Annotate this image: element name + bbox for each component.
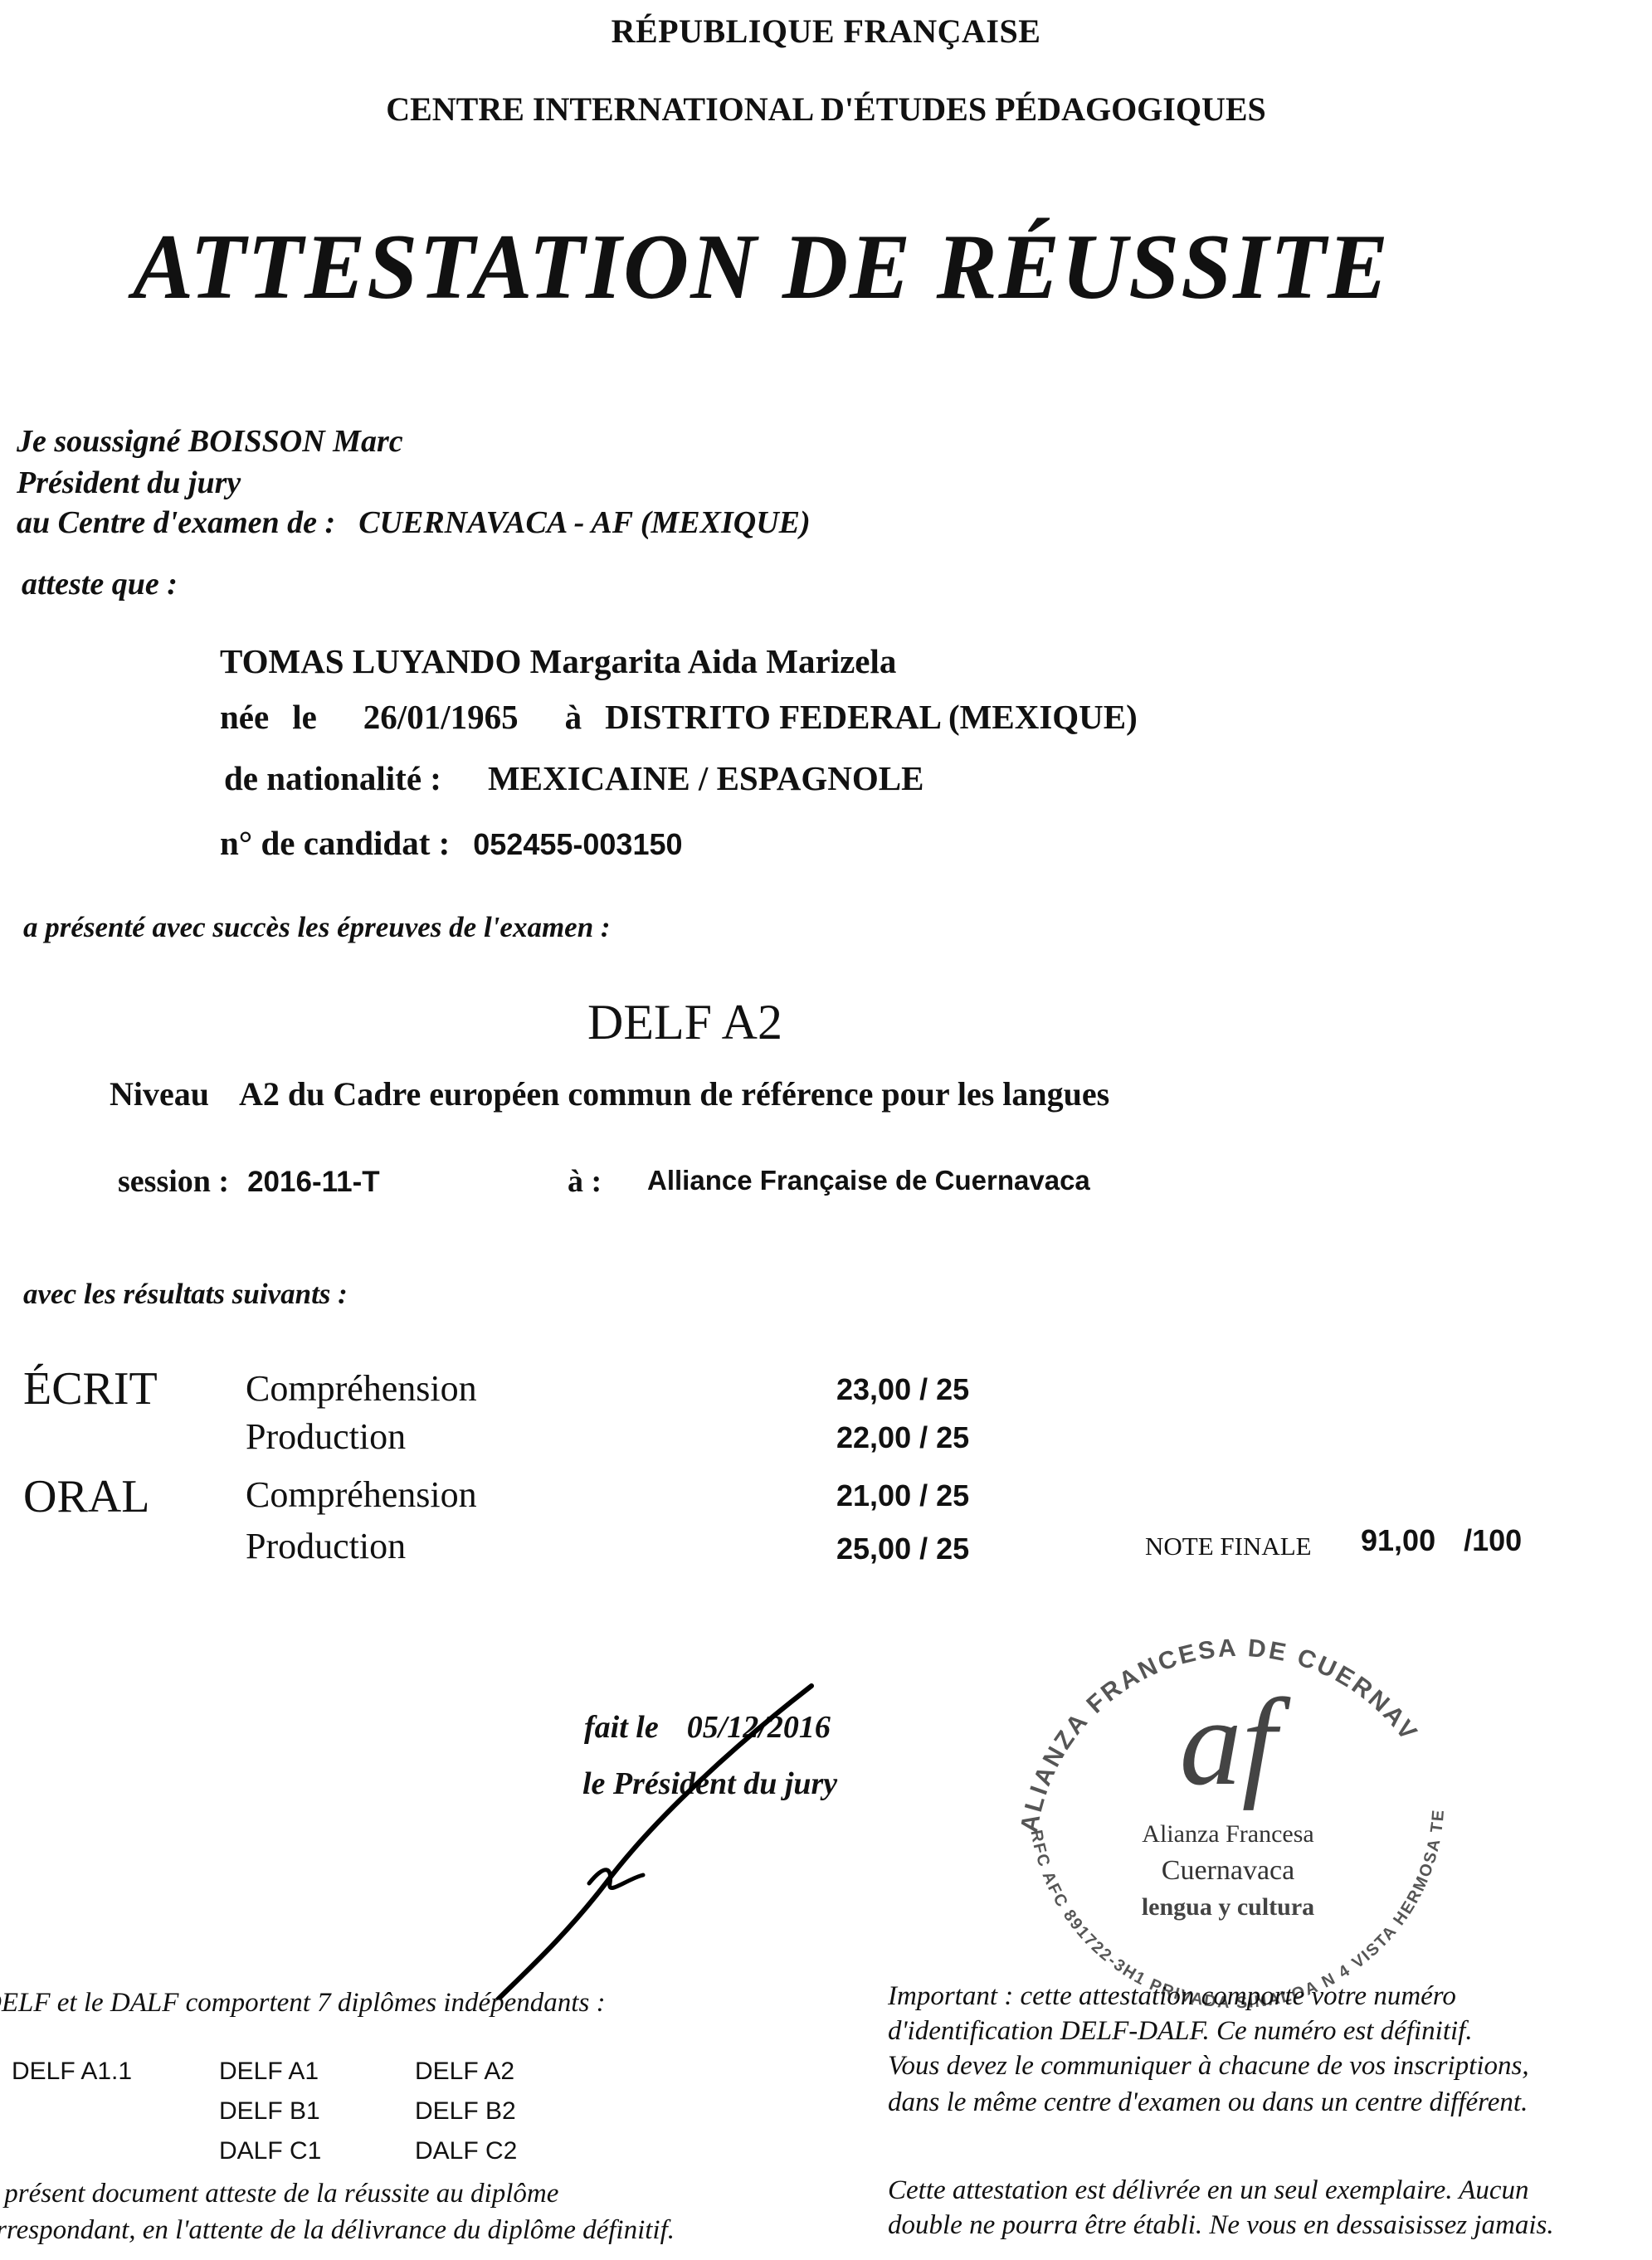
results-label: avec les résultats suivants : xyxy=(23,1278,348,1311)
level-text: A2 du Cadre européen commun de référence… xyxy=(239,1075,1109,1113)
candidate-number: 052455-003150 xyxy=(473,827,682,861)
diploma-item: DELF B2 xyxy=(415,2097,516,2126)
section-oral: ORAL xyxy=(23,1470,149,1523)
done-date: 05/12/2016 xyxy=(687,1710,831,1745)
document-title: ATTESTATION DE RÉUSSITE xyxy=(133,214,1390,321)
score-max: / 25 xyxy=(919,1372,969,1406)
born-label: née xyxy=(220,698,269,736)
document-note-line-2: correspondant, en l'attente de la délivr… xyxy=(0,2215,675,2246)
diploma-item: DELF A1 xyxy=(219,2058,319,2086)
level-label: Niveau xyxy=(110,1075,209,1113)
single-copy-note-line: double ne pourra être établi. Ne vous en… xyxy=(888,2210,1554,2241)
exam-name: DELF A2 xyxy=(0,994,1511,1051)
af-logo-icon: af xyxy=(1180,1673,1291,1811)
important-note-line: dans le même centre d'examen ou dans un … xyxy=(888,2087,1528,2118)
important-note-line: Important : cette attestation comporte v… xyxy=(888,1981,1456,2012)
born-le-label: le xyxy=(292,698,317,736)
final-score: 91,00/100 xyxy=(1361,1523,1522,1558)
birth-place: DISTRITO FEDERAL (MEXIQUE) xyxy=(605,698,1138,736)
candidate-birth: néele26/01/1965àDISTRITO FEDERAL (MEXIQU… xyxy=(220,697,1138,737)
stamp-line-2: Cuernavaca xyxy=(1162,1855,1294,1886)
done-label: fait le xyxy=(584,1710,659,1745)
score-value: 21,00 xyxy=(836,1478,911,1512)
diploma-item: DELF A2 xyxy=(415,2058,514,2086)
session-at-label: à : xyxy=(568,1163,602,1200)
skill-score: 23,00 / 25 xyxy=(836,1372,969,1407)
diplomas-intro: DELF et le DALF comportent 7 diplômes in… xyxy=(0,1988,606,2019)
section-ecrit: ÉCRIT xyxy=(23,1362,158,1415)
candidate-given-names: Margarita Aida Marizela xyxy=(530,642,897,680)
single-copy-note-line: Cette attestation est délivrée en un seu… xyxy=(888,2175,1529,2206)
skill-label: Compréhension xyxy=(246,1367,477,1410)
candidate-surname: TOMAS LUYANDO xyxy=(220,642,521,680)
candidate-number-line: n° de candidat :052455-003150 xyxy=(220,823,683,863)
diploma-item: DALF C1 xyxy=(219,2137,321,2165)
role-line: Président du jury xyxy=(17,465,241,501)
nationality-label: de nationalité : xyxy=(224,759,441,797)
candidate-name: TOMAS LUYANDO Margarita Aida Marizela xyxy=(220,641,896,681)
final-score-value: 91,00 xyxy=(1361,1523,1435,1557)
document-note-line-1: Le présent document atteste de la réussi… xyxy=(0,2179,558,2209)
header-republic: RÉPUBLIQUE FRANÇAISE xyxy=(0,12,1652,51)
skill-score: 21,00 / 25 xyxy=(836,1478,969,1513)
birth-date: 26/01/1965 xyxy=(363,698,519,736)
final-score-max: /100 xyxy=(1464,1523,1522,1557)
candidate-number-label: n° de candidat : xyxy=(220,824,450,862)
diploma-item: DELF A1.1 xyxy=(12,2058,132,2086)
stamp-line-3: lengua y cultura xyxy=(1142,1893,1314,1921)
exam-center-value: CUERNAVACA - AF (MEXIQUE) xyxy=(358,505,810,540)
nationality-value: MEXICAINE / ESPAGNOLE xyxy=(488,759,923,797)
session-location: Alliance Française de Cuernavaca xyxy=(647,1165,1090,1196)
skill-score: 25,00 / 25 xyxy=(836,1532,969,1566)
skill-label: Production xyxy=(246,1415,406,1458)
attests-line: atteste que : xyxy=(22,566,178,602)
important-note-line: Vous devez le communiquer à chacune de v… xyxy=(888,2051,1529,2082)
diploma-item: DALF C2 xyxy=(415,2137,517,2165)
exam-center-label: au Centre d'examen de : xyxy=(17,505,335,540)
president-label: le Président du jury xyxy=(582,1766,837,1802)
signature-icon xyxy=(465,1651,896,1999)
exam-level-line: NiveauA2 du Cadre européen commun de réf… xyxy=(110,1074,1109,1113)
score-value: 25,00 xyxy=(836,1532,911,1566)
presented-line: a présenté avec succès les épreuves de l… xyxy=(23,911,611,944)
exam-session-line: session :2016-11-T à : Alliance Français… xyxy=(118,1163,380,1200)
institution-stamp: ALIANZA FRANCESA DE CUERNAVACA A.C. RFC … xyxy=(979,1560,1477,2024)
score-max: / 25 xyxy=(919,1420,969,1454)
score-value: 22,00 xyxy=(836,1420,911,1454)
session-label: session : xyxy=(118,1164,229,1199)
candidate-nationality: de nationalité :MEXICAINE / ESPAGNOLE xyxy=(224,758,923,798)
score-max: / 25 xyxy=(919,1532,969,1566)
skill-label: Compréhension xyxy=(246,1473,477,1516)
skill-label: Production xyxy=(246,1525,406,1567)
session-value: 2016-11-T xyxy=(247,1166,380,1198)
important-note-line: d'identification DELF-DALF. Ce numéro es… xyxy=(888,2016,1473,2047)
stamp-line-1: Alianza Francesa xyxy=(1142,1820,1313,1848)
score-value: 23,00 xyxy=(836,1372,911,1406)
diploma-item: DELF B1 xyxy=(219,2097,320,2126)
skill-score: 22,00 / 25 xyxy=(836,1420,969,1455)
exam-center-line: au Centre d'examen de :CUERNAVACA - AF (… xyxy=(17,504,811,541)
header-organization: CENTRE INTERNATIONAL D'ÉTUDES PÉDAGOGIQU… xyxy=(0,90,1652,129)
signatory-line: Je soussigné BOISSON Marc xyxy=(17,423,403,460)
score-max: / 25 xyxy=(919,1478,969,1512)
final-score-label: NOTE FINALE xyxy=(1145,1532,1312,1561)
birth-at-label: à xyxy=(565,698,582,736)
done-date-line: fait le05/12/2016 xyxy=(584,1709,831,1746)
